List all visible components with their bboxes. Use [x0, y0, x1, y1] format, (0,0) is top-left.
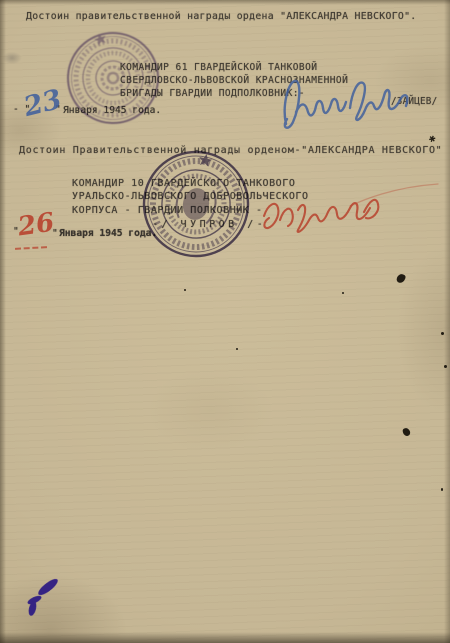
- ink-speck: [444, 365, 447, 368]
- round-seal-stamp-bottom: [141, 149, 251, 259]
- section1-handwritten-day: 23: [21, 84, 65, 123]
- ink-speck: [184, 289, 186, 291]
- handwritten-signature-blue: [278, 72, 418, 134]
- ink-speck: [236, 348, 238, 350]
- ink-speck: [402, 427, 411, 437]
- ink-blot: [36, 576, 60, 597]
- star-ink-mark: ✱: [427, 131, 437, 145]
- handwritten-day-underline: [15, 246, 47, 250]
- ink-speck: [441, 332, 444, 335]
- section2-handwritten-day: 26: [16, 208, 56, 243]
- round-seal-stamp-top: [65, 30, 161, 126]
- handwritten-signature-red: [252, 176, 447, 240]
- ink-speck: [441, 488, 443, 491]
- section1-heading: Достоин правительственной награды ордена…: [26, 11, 417, 22]
- ink-speck: [396, 273, 407, 284]
- ink-speck: [342, 292, 344, 294]
- scanned-document-page: Достоин правительственной награды ордена…: [0, 0, 450, 643]
